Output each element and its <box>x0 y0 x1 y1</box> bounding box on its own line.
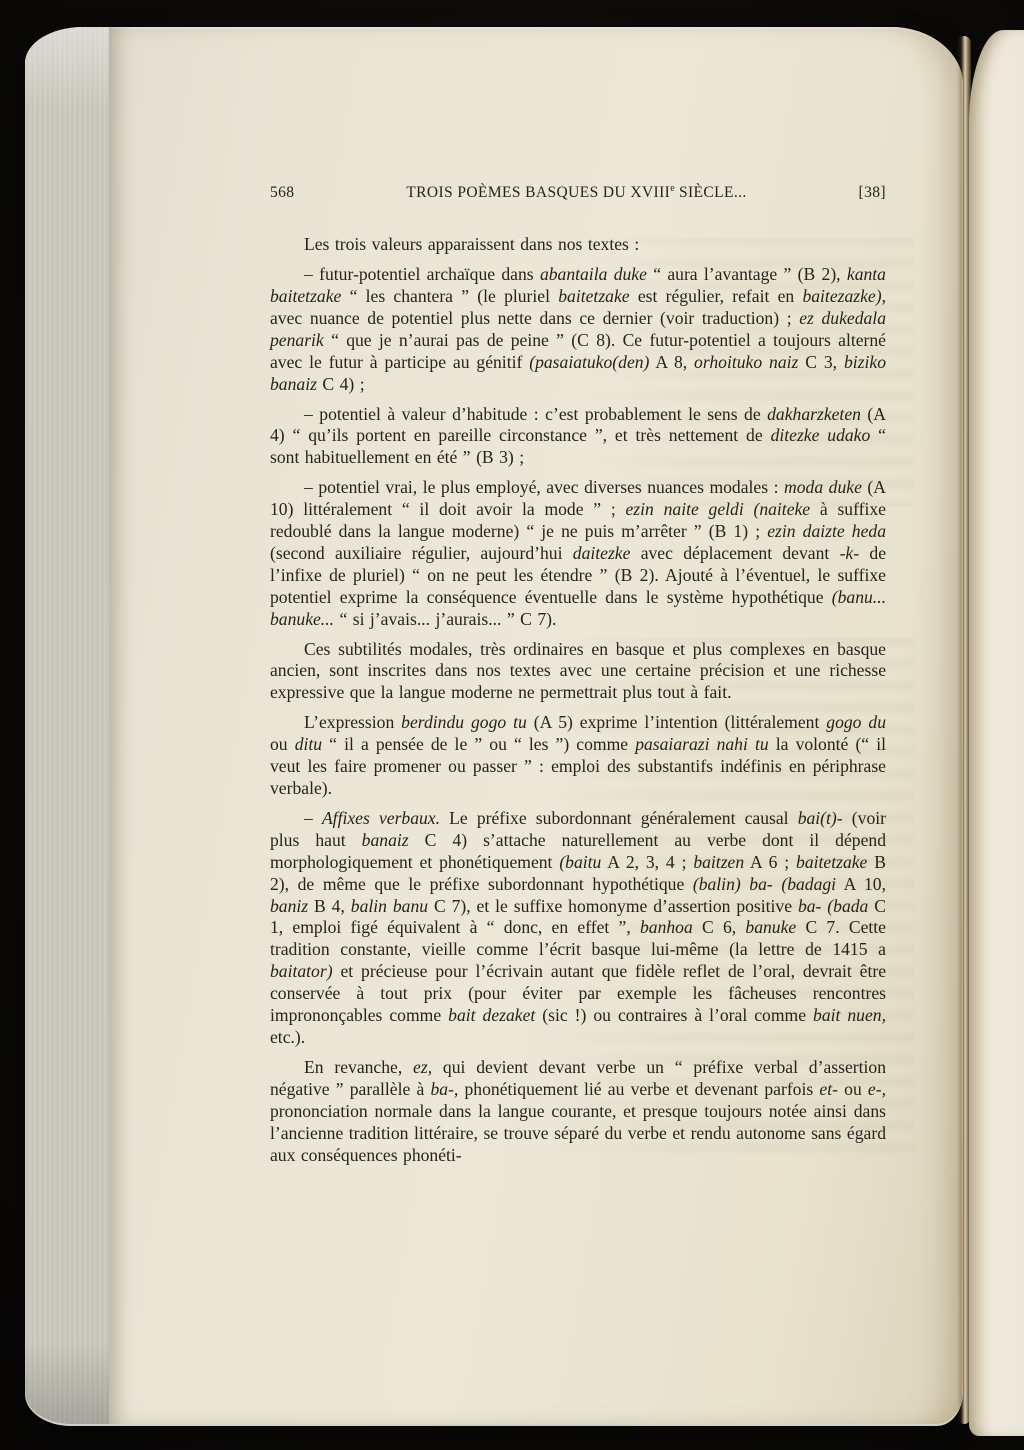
paragraph: En revanche, ez, qui devient devant verb… <box>270 1057 886 1167</box>
page-number: 568 <box>270 184 294 202</box>
running-title: TROIS POÈMES BASQUES DU XVIIIe SIÈCLE... <box>406 183 746 202</box>
paragraph: – potentiel à valeur d’habitude : c’est … <box>270 404 886 470</box>
paragraph: – potentiel vrai, le plus employé, avec … <box>270 477 886 630</box>
column-reference: [38] <box>859 184 886 202</box>
book-page-left: 568 TROIS POÈMES BASQUES DU XVIIIe SIÈCL… <box>25 27 963 1424</box>
page-body: Les trois valeurs apparaissent dans nos … <box>270 234 886 1166</box>
paragraph: Les trois valeurs apparaissent dans nos … <box>270 234 886 256</box>
paragraph: Ces subtilités modales, très ordinaires … <box>270 639 886 705</box>
book-page-right <box>969 30 1024 1436</box>
paragraph: – Affixes verbaux. Le préfixe subordonna… <box>270 808 886 1049</box>
text-column: 568 TROIS POÈMES BASQUES DU XVIIIe SIÈCL… <box>270 183 886 1174</box>
paragraph: L’expression berdindu gogo tu (A 5) expr… <box>270 712 886 800</box>
running-header: 568 TROIS POÈMES BASQUES DU XVIIIe SIÈCL… <box>270 183 886 202</box>
paragraph: – futur-potentiel archaïque dans abantai… <box>270 264 886 395</box>
book-photo: 568 TROIS POÈMES BASQUES DU XVIIIe SIÈCL… <box>0 0 1024 1450</box>
